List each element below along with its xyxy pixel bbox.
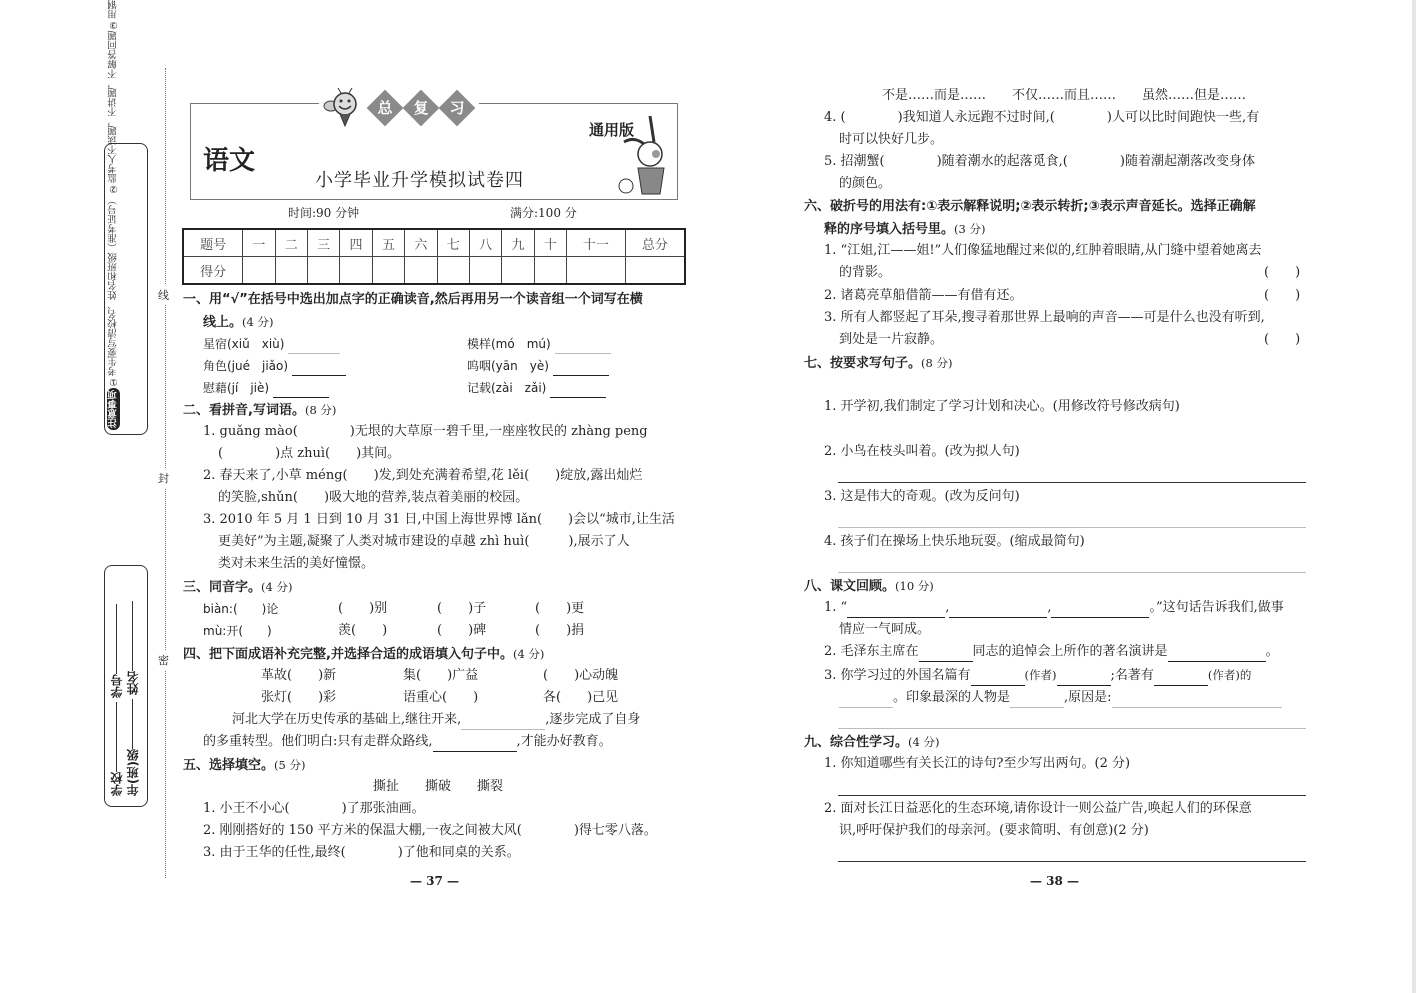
field-class: 年(班)级: [126, 749, 140, 796]
header-cell: 题号: [183, 229, 243, 257]
header-cell: 二: [275, 229, 307, 257]
score-cell[interactable]: [243, 257, 275, 285]
exam-time: 时间:90 分钟: [288, 204, 359, 221]
question-line: 3. 2010 年 5 月 1 日到 10 月 31 日,中国上海世界博 lǎn…: [203, 510, 675, 530]
answer-blank[interactable]: [292, 361, 346, 376]
field-name-input[interactable]: [133, 601, 134, 671]
cut-mark-xian: 线: [158, 285, 169, 305]
exam-title: 小学毕业升学模拟试卷四: [315, 166, 524, 192]
answer-blank[interactable]: [1057, 671, 1111, 686]
question-line: 情应一气呵成。: [839, 620, 930, 640]
series-char: 复: [403, 90, 440, 127]
header-cell: 三: [307, 229, 339, 257]
field-name: 姓名: [126, 671, 140, 695]
cut-mark-mi: 密: [158, 650, 169, 670]
idiom-item: ( )心动魄: [543, 666, 618, 686]
section-3-title: 三、同音字。(4 分): [183, 577, 292, 598]
homophone-item: ( )碑: [437, 621, 486, 641]
score-cell[interactable]: [534, 257, 566, 285]
cut-mark-feng: 封: [158, 468, 169, 488]
homophone-item: mù:开( ): [203, 621, 272, 641]
header-cell: 六: [405, 229, 437, 257]
question-line: 3. 所有人都竖起了耳朵,搜寻着那世界上最响的声音——可是什么也没有听到,: [824, 308, 1265, 328]
section-6-points: (3 分): [954, 222, 985, 236]
question-line: 3. 这是伟大的奇观。(改为反问句): [824, 487, 1020, 507]
answer-blank[interactable]: [288, 339, 340, 354]
answer-blank[interactable]: [553, 361, 609, 376]
question-line: 2. 诸葛亮草船借箭——有借有还。: [824, 286, 1023, 306]
section-2-points: (8 分): [305, 403, 336, 417]
score-cell[interactable]: [340, 257, 372, 285]
answer-blank[interactable]: [1168, 647, 1266, 662]
notice-item: ①考生要写清校名、姓名和班级（准考证号）: [107, 196, 120, 388]
question-line: 2. 小鸟在枝头叫着。(改为拟人句): [824, 442, 1020, 462]
reading-item: 角色(jué jiǎo): [203, 356, 346, 376]
idiom-passage-line: 的多重转型。他们明白:只有走群众路线,,才能办好教育。: [203, 732, 612, 752]
idiom-item: 革故( )新: [261, 666, 336, 686]
answer-blank[interactable]: [555, 339, 611, 354]
section-9-title: 九、综合性学习。(4 分): [804, 732, 939, 753]
reading-item: 模样(mó mú): [467, 334, 611, 354]
homophone-item: ( )更: [535, 599, 584, 619]
word-options: 撕扯 撕破 撕裂: [373, 777, 503, 797]
idiom-item: 张灯( )彩: [261, 688, 336, 708]
score-table-score-row: 得分: [183, 257, 685, 285]
idiom-item: 各( )己见: [543, 688, 618, 708]
question-line: 的背影。: [839, 263, 891, 283]
notice-item: ③用钢笔答题，不能用铅笔和圆珠笔，字迹要清楚，卷面要整洁: [107, 0, 120, 31]
recall-line-1: 1. “,,。”这句话告诉我们,做事: [824, 598, 1284, 618]
answer-blank[interactable]: [1112, 693, 1282, 708]
section-3-points: (4 分): [261, 580, 292, 594]
answer-line[interactable]: [838, 482, 1306, 483]
header-cell: 五: [372, 229, 404, 257]
header-cell: 七: [437, 229, 469, 257]
question-line: 2. 刚刚搭好的 150 平方米的保温大棚,一夜之间被大风( )得七零八落。: [203, 821, 657, 841]
question-line: 1. 开学初,我们制定了学习计划和决心。(用修改符号修改病句): [824, 397, 1180, 417]
score-label: 得分: [183, 257, 243, 285]
section-1-title-cont: 线上。(4 分): [203, 312, 273, 333]
field-student-id-input[interactable]: [117, 604, 118, 674]
answer-line[interactable]: [838, 527, 1306, 528]
answer-blank[interactable]: [839, 693, 893, 708]
field-school: 学校: [110, 772, 124, 796]
section-7-title: 七、按要求写句子。(8 分): [804, 353, 952, 374]
answer-blank[interactable]: [919, 647, 973, 662]
score-cell[interactable]: [502, 257, 534, 285]
full-score: 满分:100 分: [510, 204, 577, 221]
reading-item: 呜咽(yān yè): [467, 356, 609, 376]
series-char: 总: [367, 90, 404, 127]
answer-blank[interactable]: [273, 383, 329, 398]
reading-item: 记载(zài zǎi): [467, 378, 606, 398]
answer-blank[interactable]: [550, 383, 606, 398]
section-6-title: 六、破折号的用法有:①表示解释说明;②表示转折;③表示声音延长。选择正确解: [804, 197, 1256, 217]
section-2-title: 二、看拼音,写词语。(8 分): [183, 400, 336, 421]
header-cell: 九: [502, 229, 534, 257]
homophone-item: ( )子: [437, 599, 486, 619]
section-8-points: (10 分): [895, 579, 934, 593]
section-7-points: (8 分): [921, 356, 952, 370]
question-line: 1. 你知道哪些有关长江的诗句?至少写出两句。(2 分): [824, 754, 1130, 774]
answer-paren[interactable]: ( ): [1264, 286, 1300, 306]
score-cell[interactable]: [275, 257, 307, 285]
answer-blank[interactable]: [1010, 693, 1064, 708]
homophone-item: ( )捐: [535, 621, 584, 641]
notice-item: ②监考人不读题，不讲题，不解答问题: [107, 32, 120, 195]
score-cell[interactable]: [307, 257, 339, 285]
question-line: 到处是一片寂静。: [839, 330, 943, 350]
question-line: 2. 面对长江日益恶化的生态环境,请你设计一则公益广告,唤起人们的环保意: [824, 799, 1252, 819]
section-5-title: 五、选择填空。(5 分): [183, 755, 305, 776]
score-cell[interactable]: [437, 257, 469, 285]
question-line: 2. 春天来了,小草 méng( )发,到处充满着希望,花 lěi( )绽放,露…: [203, 466, 642, 486]
section-6-title-cont: 释的序号填入括号里。(3 分): [824, 219, 985, 240]
question-line: 4. 孩子们在操场上快乐地玩耍。(缩成最简句): [824, 532, 1085, 552]
header-cell: 总分: [625, 229, 685, 257]
header-cell: 一: [243, 229, 275, 257]
question-line: 5. 招潮蟹( )随着潮水的起落觅食,( )随着潮起潮落改变身体: [824, 152, 1255, 172]
field-school-input[interactable]: [117, 702, 118, 772]
question-line: 类对未来生活的美好憧憬。: [218, 554, 374, 574]
idiom-passage-line: 河北大学在历史传承的基础上,继往开来,,逐步完成了自身: [232, 710, 640, 730]
section-4-title: 四、把下面成语补充完整,并选择合适的成语填入句子中。(4 分): [183, 644, 544, 665]
question-line: ( )点 zhuì( )其间。: [218, 444, 400, 464]
answer-blank[interactable]: [461, 715, 545, 730]
answer-blank[interactable]: [1154, 671, 1208, 686]
idiom-item: 语重心( ): [403, 688, 478, 708]
section-1-points: (4 分): [242, 315, 273, 329]
answer-line[interactable]: [838, 795, 1306, 796]
notice-title: 注意事项: [107, 388, 120, 430]
homophone-item: ( )别: [338, 599, 387, 619]
question-line: 更美好”为主题,凝聚了人类对城市建设的卓越 zhì huì( ),展示了人: [218, 532, 630, 552]
score-table-header-row: 题号 一 二 三 四 五 六 七 八 九 十 十一 总分: [183, 229, 685, 257]
score-cell[interactable]: [469, 257, 501, 285]
notice-box: 注意事项 ①考生要写清校名、姓名和班级（准考证号） ②监考人不读题，不讲题，不解…: [104, 143, 148, 435]
section-8-title: 八、课文回顾。(10 分): [804, 576, 934, 597]
series-logo: 总 复 习: [319, 88, 479, 128]
page-number: — 37 —: [410, 874, 459, 888]
subject-label: 语文: [203, 140, 255, 177]
conjunction-options: 不是……而是…… 不仅……而且…… 虽然……但是……: [882, 86, 1246, 106]
question-line: 识,呼吁保护我们的母亲河。(要求简明、有创意)(2 分): [839, 821, 1149, 841]
header-banner: 总 复 习 语文 小学毕业升学模拟试卷四 通用版: [190, 103, 678, 200]
answer-line[interactable]: [838, 728, 1306, 729]
field-student-id: 学号: [110, 674, 124, 698]
question-line: 1. 小王不小心( )了那张油画。: [203, 799, 425, 819]
homophone-item: 羡( ): [338, 621, 387, 641]
idiom-item: 集( )广益: [403, 666, 478, 686]
header-cell: 十: [534, 229, 566, 257]
question-line: 1. guǎng mào( )无垠的大草原一碧千里,一座座牧民的 zhàng p…: [203, 422, 648, 442]
section-4-points: (4 分): [513, 647, 544, 661]
answer-blank[interactable]: [433, 737, 517, 752]
score-cell[interactable]: [372, 257, 404, 285]
recall-line-3: 3. 你学习过的外国名篇有(作者);名著有(作者)的: [824, 665, 1251, 686]
scrollbar[interactable]: [1412, 0, 1416, 993]
score-cell[interactable]: [625, 257, 685, 285]
question-line: 的笑脸,shǔn( )吸大地的营养,装点着美丽的校园。: [218, 488, 528, 508]
section-9-points: (4 分): [908, 735, 939, 749]
bee-icon: [323, 88, 367, 128]
header-cell: 十一: [567, 229, 626, 257]
page-number: — 38 —: [1030, 874, 1079, 888]
recall-line-2: 2. 毛泽东主席在同志的追悼会上所作的著名演讲是。: [824, 642, 1279, 662]
section-1-title: 一、用“√”在括号中选出加点字的正确读音,然后再用另一个读音组一个词写在横: [183, 290, 643, 310]
student-info-box: 学校 学号 年(班)级 姓名: [104, 565, 148, 807]
score-cell[interactable]: [405, 257, 437, 285]
answer-paren[interactable]: ( ): [1264, 263, 1300, 283]
header-cell: 四: [340, 229, 372, 257]
score-table: 题号 一 二 三 四 五 六 七 八 九 十 十一 总分 得分: [182, 228, 686, 285]
answer-line[interactable]: [838, 572, 1306, 573]
answer-blank[interactable]: [847, 603, 945, 618]
answer-blank[interactable]: [971, 671, 1025, 686]
series-char: 习: [439, 90, 476, 127]
homophone-item: biàn:( )论: [203, 599, 278, 619]
reading-item: 慰藉(jí jiè): [203, 378, 329, 398]
question-line: 的颜色。: [839, 174, 891, 194]
score-cell[interactable]: [567, 257, 626, 285]
question-line: 4. ( )我知道人永远跑不过时间,( )人可以比时间跑快一些,有: [824, 108, 1259, 128]
answer-blank[interactable]: [949, 603, 1047, 618]
answer-paren[interactable]: ( ): [1264, 330, 1300, 350]
rabbit-icon: [616, 112, 674, 196]
header-cell: 八: [469, 229, 501, 257]
recall-line-4: 。印象最深的人物是,原因是:: [839, 688, 1282, 708]
answer-line[interactable]: [838, 861, 1306, 862]
question-line: 时可以快好几步。: [839, 130, 943, 150]
question-line: 3. 由于王华的任性,最终( )了他和同桌的关系。: [203, 843, 520, 863]
reading-item: 星宿(xiǔ xiù): [203, 334, 340, 354]
question-line: 1. “江姐,江——姐!”人们像猛地醒过来似的,红肿着眼睛,从门缝中望着她离去: [824, 241, 1261, 261]
section-5-points: (5 分): [274, 758, 305, 772]
field-class-input[interactable]: [133, 699, 134, 749]
answer-blank[interactable]: [1051, 603, 1149, 618]
